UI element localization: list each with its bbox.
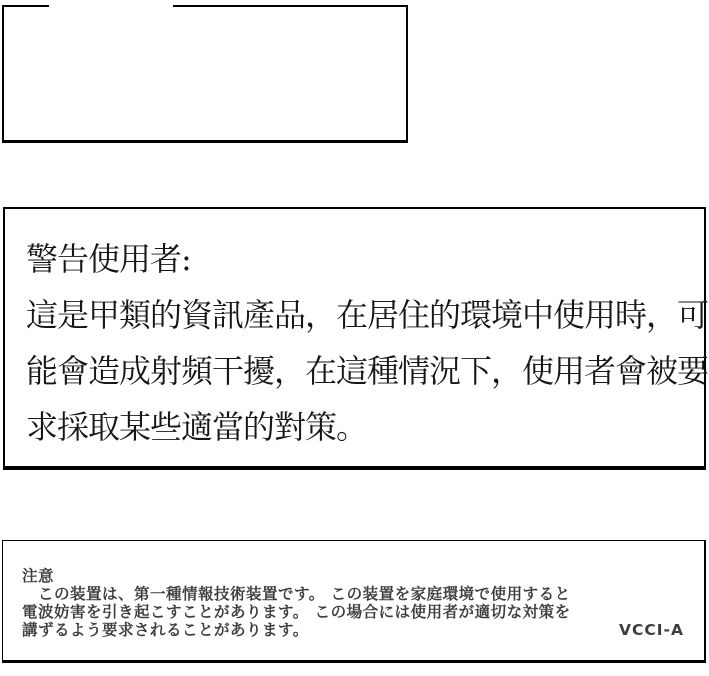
japanese-notice-line: 講ずるよう要求されることがあります。	[22, 621, 309, 639]
chinese-warning-line: 求採取某些適當的對策。	[26, 399, 694, 455]
chinese-warning-line: 能會造成射頻干擾，在這種情況下，使用者會被要	[26, 343, 694, 399]
chinese-warning-heading: 警告使用者:	[26, 231, 694, 287]
chinese-warning-box: 警告使用者: 這是甲類的資訊產品，在居住的環境中使用時，可 能會造成射頻干擾，在…	[3, 207, 706, 470]
japanese-notice-title: 注意	[22, 567, 686, 585]
japanese-notice-line: 電波妨害を引き起こすことがあります。 この場合には使用者が適切な対策を	[22, 603, 686, 621]
japanese-notice-box: 注意 この装置は、第一種情報技術装置です。 この装置を家庭環境で使用すると 電波…	[2, 540, 706, 663]
japanese-notice-line: この装置は、第一種情報技術装置です。 この装置を家庭環境で使用すると	[22, 585, 686, 603]
japanese-notice-lastline: 講ずるよう要求されることがあります。 VCCI-A	[22, 621, 686, 639]
vcci-class-label: VCCI-A	[619, 621, 686, 639]
top-box-border-gap	[49, 4, 173, 10]
empty-figure-box	[2, 5, 408, 143]
chinese-warning-line: 這是甲類的資訊產品，在居住的環境中使用時，可	[26, 287, 694, 343]
document-page: 警告使用者: 這是甲類的資訊產品，在居住的環境中使用時，可 能會造成射頻干擾，在…	[0, 0, 709, 676]
